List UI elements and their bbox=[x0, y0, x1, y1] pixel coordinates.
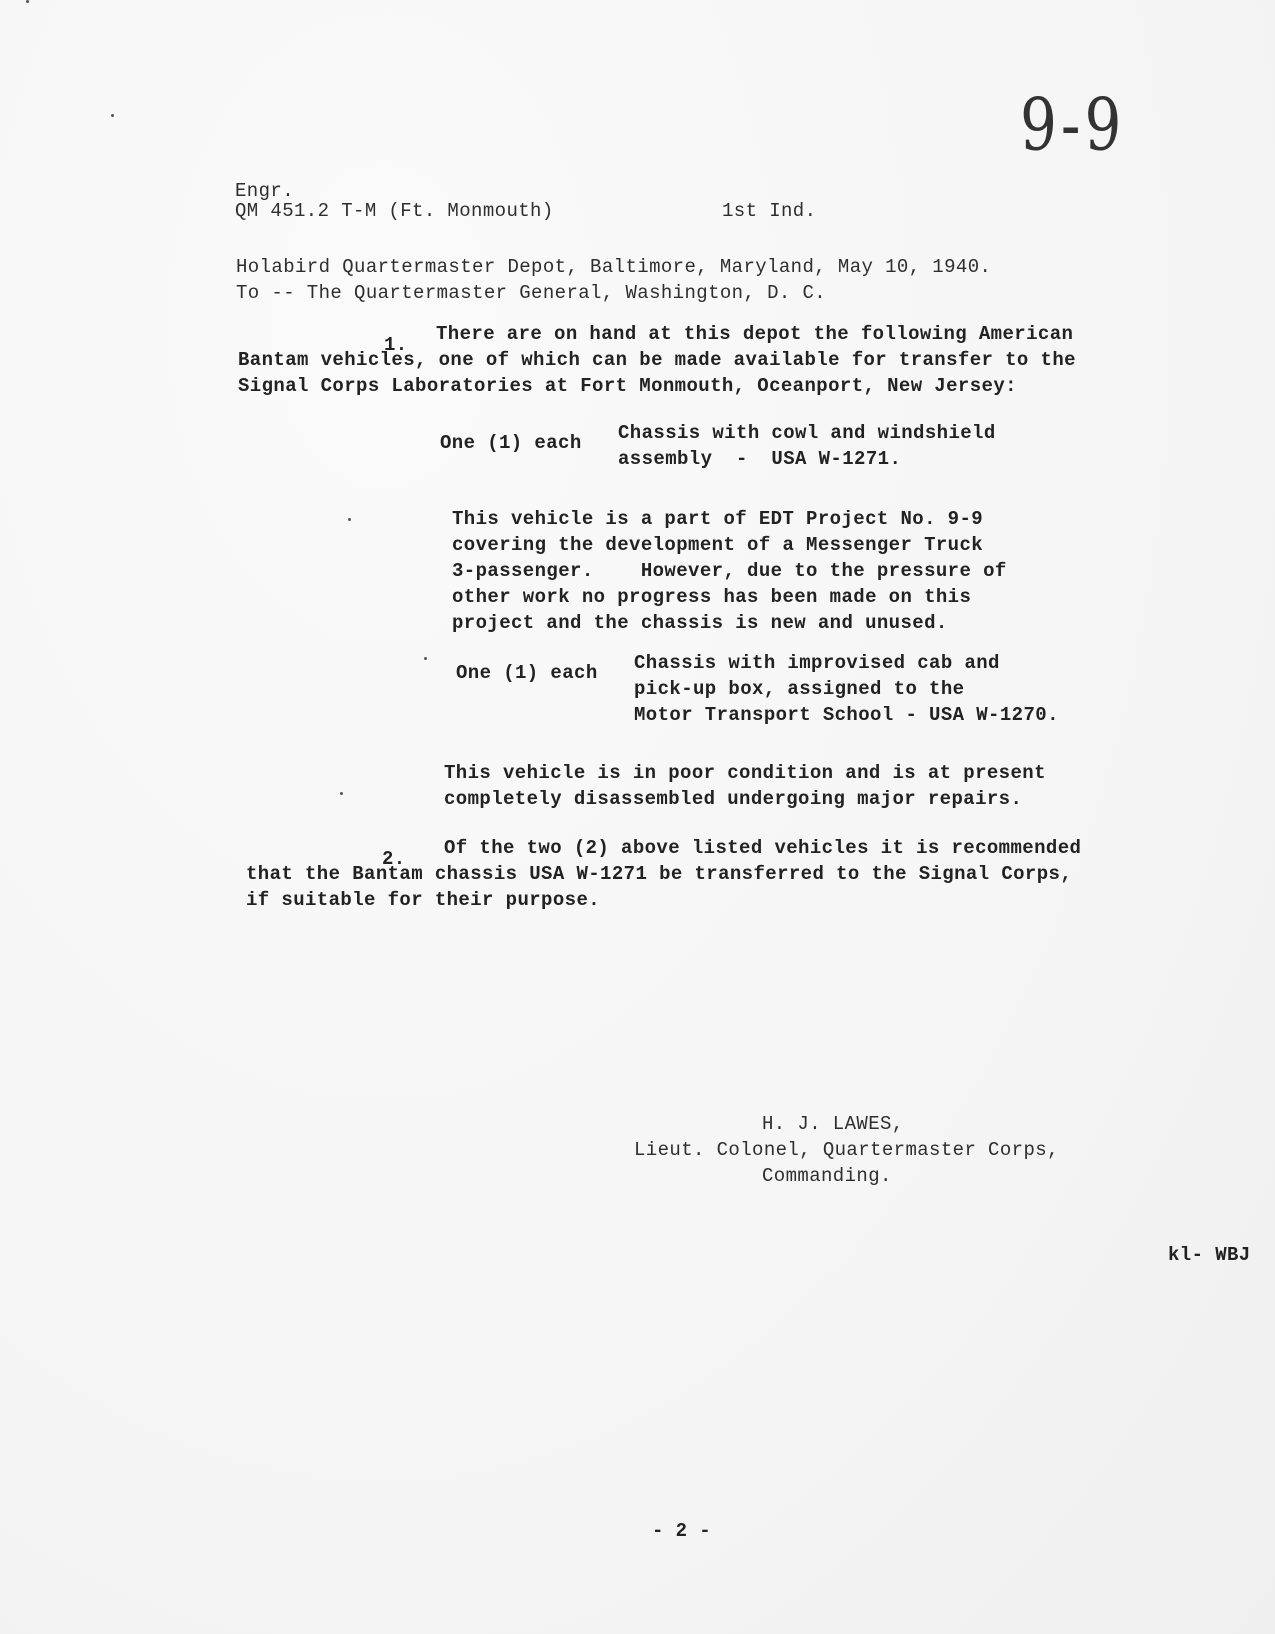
typist-initials: kl- WBJ bbox=[1168, 1242, 1251, 1268]
scan-speck bbox=[340, 792, 343, 795]
vehicle-1-note: project and the chassis is new and unuse… bbox=[452, 610, 948, 636]
paragraph-1-line: There are on hand at this depot the foll… bbox=[436, 321, 1073, 347]
paragraph-1-line: Bantam vehicles, one of which can be mad… bbox=[238, 347, 1076, 373]
document-page: 9-9 Engr. QM 451.2 T-M (Ft. Monmouth) 1s… bbox=[0, 0, 1275, 1634]
signature-title: Lieut. Colonel, Quartermaster Corps, bbox=[634, 1137, 1059, 1163]
scan-speck bbox=[348, 518, 351, 521]
handwritten-file-mark: 9-9 bbox=[1020, 82, 1125, 167]
vehicle-1-description: Chassis with cowl and windshield bbox=[618, 420, 996, 446]
page-number: - 2 - bbox=[652, 1518, 711, 1544]
to-line: To -- The Quartermaster General, Washing… bbox=[236, 280, 826, 306]
indorsement-label: 1st Ind. bbox=[722, 198, 816, 224]
vehicle-1-description: assembly - USA W-1271. bbox=[618, 446, 901, 472]
vehicle-1-quantity: One (1) each bbox=[440, 430, 582, 456]
vehicle-2-quantity: One (1) each bbox=[456, 660, 598, 686]
vehicle-1-note: covering the development of a Messenger … bbox=[452, 532, 983, 558]
vehicle-1-note: This vehicle is a part of EDT Project No… bbox=[452, 506, 983, 532]
scan-speck bbox=[111, 114, 114, 117]
scan-speck bbox=[424, 657, 427, 660]
origin-line: Holabird Quartermaster Depot, Baltimore,… bbox=[236, 254, 991, 280]
vehicle-2-description: pick-up box, assigned to the bbox=[634, 676, 964, 702]
file-reference: QM 451.2 T-M (Ft. Monmouth) bbox=[235, 198, 554, 224]
vehicle-1-note: other work no progress has been made on … bbox=[452, 584, 971, 610]
vehicle-2-note: completely disassembled undergoing major… bbox=[444, 786, 1022, 812]
vehicle-2-description: Chassis with improvised cab and bbox=[634, 650, 1000, 676]
paragraph-2-line: that the Bantam chassis USA W-1271 be tr… bbox=[246, 861, 1072, 887]
paragraph-1-line: Signal Corps Laboratories at Fort Monmou… bbox=[238, 373, 1017, 399]
signature-name: H. J. LAWES, bbox=[762, 1111, 904, 1137]
paragraph-2-line: if suitable for their purpose. bbox=[246, 887, 600, 913]
vehicle-2-description: Motor Transport School - USA W-1270. bbox=[634, 702, 1059, 728]
scan-speck bbox=[26, 0, 29, 3]
vehicle-1-note: 3-passenger. However, due to the pressur… bbox=[452, 558, 1007, 584]
paragraph-2-line: Of the two (2) above listed vehicles it … bbox=[444, 835, 1081, 861]
vehicle-2-note: This vehicle is in poor condition and is… bbox=[444, 760, 1046, 786]
signature-role: Commanding. bbox=[762, 1163, 892, 1189]
